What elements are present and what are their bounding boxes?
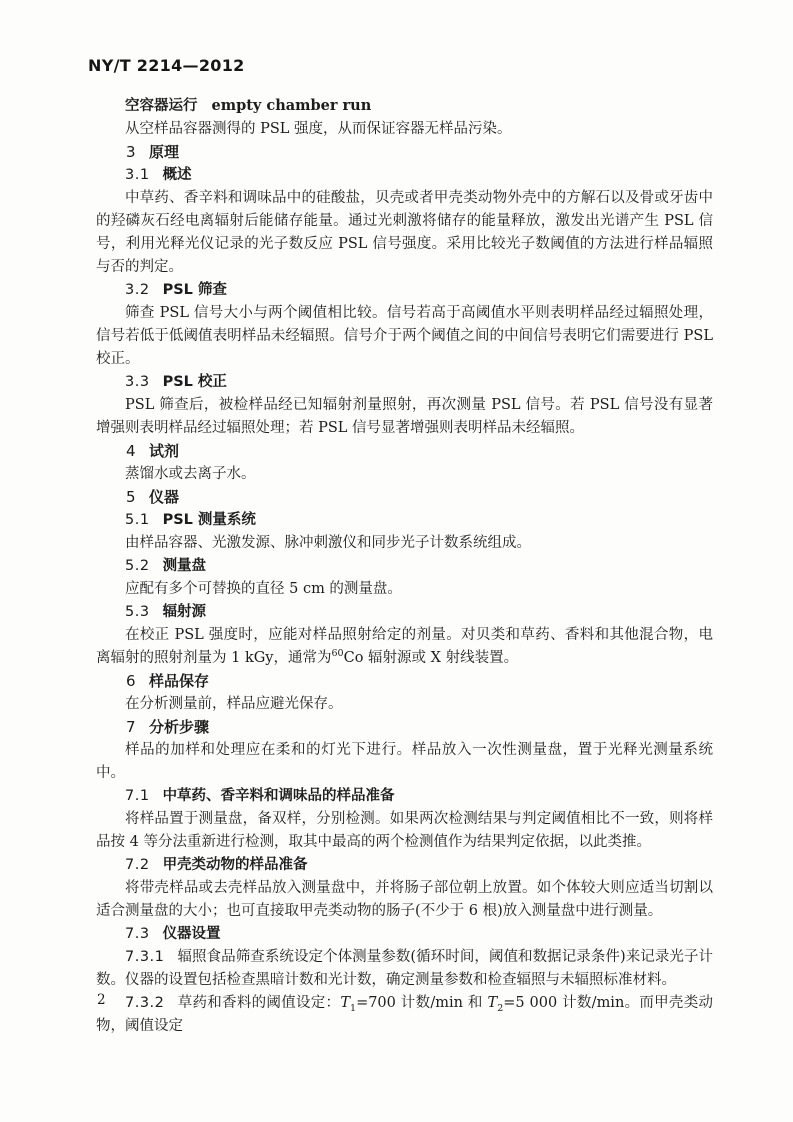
section-7-3-1-body: 辐照食品筛查系统设定个体测量参数(循环时间，阈值和数据记录条件)来记录光子计数。…	[96, 949, 713, 988]
section-3-3-heading: 3.3PSL 校正	[96, 371, 713, 394]
chapter-7-number: 7	[126, 718, 136, 736]
section-3-1-title: 概述	[163, 167, 192, 183]
chapter-3-number: 3	[126, 143, 136, 161]
section-7-3-2-paragraph: 7.3.2草药和香料的阈值设定：T1=700 计数/min 和 T2=5 000…	[96, 992, 713, 1038]
chapter-3-title: 原理	[149, 143, 179, 161]
section-5-1-body: 由样品容器、光激发源、脉冲刺激仪和同步光子计数系统组成。	[96, 532, 713, 555]
chapter-4-title: 试剂	[149, 442, 179, 460]
section-7-1-heading: 7.1中草药、香辛料和调味品的样品准备	[96, 785, 713, 808]
section-5-3-number: 5.3	[125, 604, 150, 620]
section-3-3-title: PSL 校正	[163, 374, 227, 390]
section-7-3-2-body-part1: 草药和香料的阈值设定：	[177, 995, 340, 1011]
section-3-1-body: 中草药、香辛料和调味品中的硅酸盐，贝壳或者甲壳类动物外壳中的方解石以及骨或牙齿中…	[96, 187, 713, 279]
section-5-3-body-part2: Co 辐射源或 X 射线装置。	[344, 650, 518, 666]
section-3-1-heading: 3.1概述	[96, 164, 713, 187]
section-7-3-1-number: 7.3.1	[125, 949, 164, 965]
chapter-3-heading: 3原理	[96, 141, 713, 164]
section-7-3-number: 7.3	[125, 926, 150, 942]
chapter-5-number: 5	[126, 488, 136, 506]
section-7-3-2-body-part2: =700 计数/min 和	[356, 995, 487, 1011]
section-7-3-heading: 7.3仪器设置	[96, 923, 713, 946]
section-7-1-body: 将样品置于测量盘，备双样，分别检测。如果两次检测结果与判定阈值相比不一致，则将样…	[96, 808, 713, 854]
cobalt-60-superscript: 60	[332, 648, 344, 659]
chapter-7-heading: 7分析步骤	[96, 716, 713, 739]
section-5-2-title: 测量盘	[163, 558, 207, 574]
page-number: 2	[97, 992, 106, 1008]
threshold-t1-symbol: T	[340, 995, 350, 1011]
section-7-1-number: 7.1	[125, 788, 150, 804]
section-7-2-title: 甲壳类动物的样品准备	[163, 857, 308, 873]
section-5-3-heading: 5.3辐射源	[96, 601, 713, 624]
section-7-2-number: 7.2	[125, 857, 150, 873]
section-3-3-number: 3.3	[125, 374, 150, 390]
term-definition: 从空样品容器测得的 PSL 强度，从而保证容器无样品污染。	[96, 118, 713, 141]
term-en: empty chamber run	[212, 97, 372, 114]
standard-number: NY/T 2214—2012	[88, 56, 245, 75]
section-3-2-heading: 3.2PSL 筛查	[96, 279, 713, 302]
term-zh: 空容器运行	[125, 98, 198, 114]
section-5-1-title: PSL 测量系统	[163, 512, 256, 528]
section-5-1-number: 5.1	[125, 512, 150, 528]
section-3-2-number: 3.2	[125, 282, 150, 298]
section-7-3-1-paragraph: 7.3.1辐照食品筛查系统设定个体测量参数(循环时间，阈值和数据记录条件)来记录…	[96, 946, 713, 992]
section-7-3-2-number: 7.3.2	[125, 995, 164, 1011]
section-5-3-body: 在校正 PSL 强度时，应能对样品照射给定的剂量。对贝类和草药、香料和其他混合物…	[96, 624, 713, 670]
chapter-4-heading: 4试剂	[96, 440, 713, 463]
section-3-3-body: PSL 筛查后，被检样品经已知辐射剂量照射，再次测量 PSL 信号。若 PSL …	[96, 394, 713, 440]
section-5-2-heading: 5.2测量盘	[96, 555, 713, 578]
chapter-6-number: 6	[126, 672, 136, 690]
chapter-6-body: 在分析测量前，样品应避光保存。	[96, 693, 713, 716]
chapter-5-title: 仪器	[149, 488, 179, 506]
chapter-4-number: 4	[126, 442, 136, 460]
section-7-2-body: 将带壳样品或去壳样品放入测量盘中，并将肠子部位朝上放置。如个体较大则应适当切割以…	[96, 877, 713, 923]
chapter-6-title: 样品保存	[149, 672, 209, 690]
term-heading: 空容器运行empty chamber run	[96, 94, 713, 118]
section-3-2-body: 筛查 PSL 信号大小与两个阈值相比较。信号若高于高阈值水平则表明样品经过辐照处…	[96, 302, 713, 371]
document-page: NY/T 2214—2012 空容器运行empty chamber run 从空…	[0, 0, 793, 1122]
chapter-7-body: 样品的加样和处理应在柔和的灯光下进行。样品放入一次性测量盘，置于光释光测量系统中…	[96, 739, 713, 785]
section-3-2-title: PSL 筛查	[163, 282, 227, 298]
section-5-1-heading: 5.1PSL 测量系统	[96, 509, 713, 532]
section-7-1-title: 中草药、香辛料和调味品的样品准备	[163, 788, 395, 804]
section-3-1-number: 3.1	[125, 167, 150, 183]
threshold-t2-symbol: T	[488, 995, 498, 1011]
section-5-2-body: 应配有多个可替换的直径 5 cm 的测量盘。	[96, 578, 713, 601]
section-7-3-title: 仪器设置	[163, 926, 221, 942]
chapter-5-heading: 5仪器	[96, 486, 713, 509]
chapter-7-title: 分析步骤	[149, 718, 209, 736]
section-5-3-title: 辐射源	[163, 604, 207, 620]
chapter-6-heading: 6样品保存	[96, 670, 713, 693]
page-content: 空容器运行empty chamber run 从空样品容器测得的 PSL 强度，…	[96, 94, 713, 1038]
section-7-2-heading: 7.2甲壳类动物的样品准备	[96, 854, 713, 877]
chapter-4-body: 蒸馏水或去离子水。	[96, 463, 713, 486]
section-5-2-number: 5.2	[125, 558, 150, 574]
